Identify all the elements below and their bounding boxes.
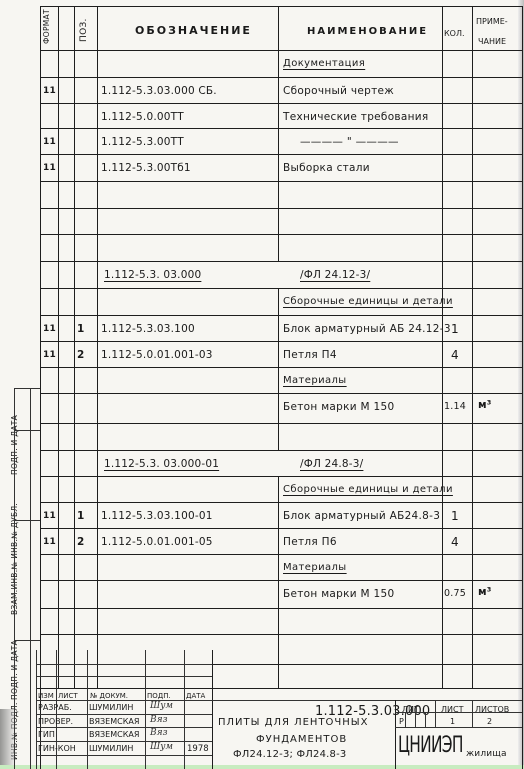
grid-line bbox=[472, 103, 473, 128]
grid-line bbox=[278, 634, 279, 664]
grid-line bbox=[97, 554, 98, 580]
grid-line bbox=[74, 634, 75, 664]
grid-line bbox=[278, 580, 279, 608]
cell-designation: 1.112-5.0.00ТТ bbox=[101, 111, 184, 123]
grid-line bbox=[472, 502, 473, 528]
grid-line bbox=[36, 714, 212, 715]
cell-format: 11 bbox=[43, 323, 56, 335]
grid-line bbox=[74, 50, 75, 77]
grid-line bbox=[442, 288, 443, 315]
grid-line bbox=[442, 502, 443, 528]
grid-line bbox=[40, 6, 41, 769]
section-title: Сборочные единицы и детали bbox=[283, 296, 453, 308]
grid-line bbox=[97, 6, 98, 50]
grid-line bbox=[442, 208, 443, 234]
grid-line bbox=[58, 6, 59, 50]
cell-format: 11 bbox=[43, 536, 56, 548]
signature-mark: Вяз bbox=[150, 715, 167, 725]
grid-line bbox=[58, 50, 59, 77]
signature-date: 1978 bbox=[187, 743, 209, 755]
grid-line bbox=[442, 181, 443, 208]
grid-line bbox=[40, 77, 522, 78]
cell-name: Сборочный чертеж bbox=[283, 85, 394, 97]
grid-line bbox=[97, 423, 98, 450]
grid-line bbox=[442, 423, 443, 450]
grid-line bbox=[97, 634, 98, 664]
cell-qty: 4 bbox=[451, 349, 459, 361]
grid-line bbox=[278, 502, 279, 528]
cell-name: ———— " ———— bbox=[300, 136, 399, 148]
signature-name: ШУМИЛИН bbox=[89, 702, 133, 714]
grid-line bbox=[58, 128, 59, 154]
grid-line bbox=[278, 315, 279, 341]
grid-line bbox=[58, 502, 59, 528]
cell-designation: 1.112-5.3.00ТТ bbox=[101, 136, 184, 148]
grid-line bbox=[58, 208, 59, 234]
cell-format: 11 bbox=[43, 85, 56, 97]
grid-line bbox=[74, 423, 75, 450]
cell-name: Петля П4 bbox=[283, 349, 337, 361]
grid-line bbox=[278, 608, 279, 634]
grid-line bbox=[40, 181, 522, 182]
grid-line bbox=[40, 502, 522, 503]
grid-line bbox=[58, 476, 59, 502]
grid-line bbox=[472, 700, 473, 727]
grid-line bbox=[472, 476, 473, 502]
title-line-3: ФЛ24.12-3; ФЛ24.8-3 bbox=[233, 749, 346, 761]
grid-line bbox=[97, 450, 98, 476]
grid-line bbox=[472, 608, 473, 634]
grid-line bbox=[472, 367, 473, 393]
grid-line bbox=[278, 154, 279, 181]
grid-line bbox=[58, 580, 59, 608]
sheets-label: ЛИСТОВ bbox=[475, 704, 509, 716]
cell-qty: 1 bbox=[451, 323, 459, 335]
grid-line bbox=[97, 580, 98, 608]
grid-line bbox=[58, 234, 59, 261]
grid-line bbox=[278, 664, 279, 688]
grid-line bbox=[58, 181, 59, 208]
section-title: Документация bbox=[283, 58, 365, 70]
grid-line bbox=[278, 476, 279, 502]
grid-line bbox=[58, 367, 59, 393]
grid-line bbox=[58, 528, 59, 554]
cell-pos: 1 bbox=[77, 510, 85, 522]
grid-line bbox=[278, 6, 279, 50]
grid-line bbox=[278, 423, 279, 450]
scan-edge bbox=[518, 0, 524, 769]
grid-line bbox=[97, 154, 98, 181]
cell-pos: 2 bbox=[77, 349, 85, 361]
grid-line bbox=[212, 650, 213, 769]
grid-line bbox=[58, 423, 59, 450]
grid-line bbox=[472, 341, 473, 367]
cell-name: Бетон марки М 150 bbox=[283, 588, 394, 600]
title-line-1: ПЛИТЫ ДЛЯ ЛЕНТОЧНЫХ bbox=[218, 717, 368, 729]
grid-line bbox=[442, 234, 443, 261]
grid-line bbox=[97, 50, 98, 77]
signature-mark: Вяз bbox=[150, 728, 167, 738]
signature-role: РАЗРАБ. bbox=[38, 702, 72, 714]
grid-line bbox=[58, 450, 59, 476]
grid-line bbox=[442, 580, 443, 608]
grid-line bbox=[278, 288, 279, 315]
grid-line bbox=[472, 234, 473, 261]
grid-line bbox=[415, 712, 416, 727]
grid-line bbox=[278, 181, 279, 208]
group-name: /ФЛ 24.8-3/ bbox=[300, 458, 363, 470]
grid-line bbox=[58, 393, 59, 423]
cell-designation: 1.112-5.3.03.100 bbox=[101, 323, 195, 335]
grid-line bbox=[442, 128, 443, 154]
grid-line bbox=[395, 727, 522, 728]
grid-line bbox=[97, 181, 98, 208]
cell-designation: 1.112-5.3.03.000 СБ. bbox=[101, 85, 217, 97]
cell-qty: 0.75 bbox=[444, 588, 466, 600]
grid-line bbox=[442, 476, 443, 502]
grid-line bbox=[14, 430, 40, 431]
grid-line bbox=[472, 288, 473, 315]
grid-line bbox=[278, 554, 279, 580]
grid-line bbox=[74, 128, 75, 154]
header-note-2: ЧАНИЕ bbox=[478, 36, 506, 48]
grid-line bbox=[14, 640, 40, 641]
cell-designation: 1.112-5.0.01.001-05 bbox=[101, 536, 213, 548]
cell-pos: 1 bbox=[77, 323, 85, 335]
grid-line bbox=[472, 423, 473, 450]
grid-line bbox=[395, 712, 522, 713]
grid-line bbox=[40, 234, 522, 235]
signature-name: ВЯЗЕМСКАЯ bbox=[89, 729, 139, 741]
grid-line bbox=[435, 700, 436, 727]
grid-line bbox=[36, 676, 212, 677]
grid-line bbox=[58, 341, 59, 367]
cell-name: Бетон марки М 150 bbox=[283, 401, 394, 413]
grid-line bbox=[74, 502, 75, 528]
title-line-2: ФУНДАМЕНТОВ bbox=[256, 734, 347, 746]
grid-line bbox=[40, 580, 522, 581]
grid-line bbox=[74, 103, 75, 128]
scan-shadow bbox=[0, 709, 14, 769]
grid-line bbox=[278, 77, 279, 103]
grid-line bbox=[472, 128, 473, 154]
grid-line bbox=[425, 712, 426, 727]
grid-line bbox=[522, 6, 523, 769]
grid-line bbox=[97, 502, 98, 528]
cell-format: 11 bbox=[43, 162, 56, 174]
grid-line bbox=[97, 608, 98, 634]
grid-line bbox=[184, 650, 185, 769]
grid-line bbox=[278, 341, 279, 367]
grid-line bbox=[58, 288, 59, 315]
grid-line bbox=[40, 634, 522, 635]
grid-line bbox=[472, 261, 473, 288]
section-title: Материалы bbox=[283, 375, 347, 387]
cell-name: Петля П6 bbox=[283, 536, 337, 548]
grid-line bbox=[212, 700, 522, 701]
grid-line bbox=[97, 528, 98, 554]
grid-line bbox=[97, 103, 98, 128]
grid-line bbox=[442, 341, 443, 367]
grid-line bbox=[58, 103, 59, 128]
grid-line bbox=[58, 634, 59, 664]
grid-line bbox=[40, 128, 522, 129]
grid-line bbox=[472, 554, 473, 580]
header-designation: ОБОЗНАЧЕНИЕ bbox=[135, 25, 252, 37]
grid-line bbox=[87, 650, 88, 769]
grid-line bbox=[145, 650, 146, 769]
header-note-1: ПРИМЕ- bbox=[476, 16, 508, 28]
grid-line bbox=[36, 688, 522, 689]
grid-line bbox=[40, 608, 522, 609]
grid-line bbox=[442, 315, 443, 341]
grid-line bbox=[36, 755, 212, 756]
grid-line bbox=[14, 388, 15, 769]
grid-line bbox=[74, 181, 75, 208]
section-title: Материалы bbox=[283, 562, 347, 574]
grid-line bbox=[442, 6, 443, 50]
cell-name: Выборка стали bbox=[283, 162, 370, 174]
grid-line bbox=[74, 341, 75, 367]
grid-line bbox=[40, 6, 522, 7]
grid-line bbox=[14, 520, 40, 521]
grid-line bbox=[97, 341, 98, 367]
header-qty: КОЛ. bbox=[444, 28, 465, 40]
cell-designation: 1.112-5.3.03.100-01 bbox=[101, 510, 213, 522]
cell-format: 11 bbox=[43, 136, 56, 148]
grid-line bbox=[278, 367, 279, 393]
signature-mark: Шум bbox=[150, 701, 173, 711]
grid-line bbox=[442, 528, 443, 554]
org-name: ЦНИИЭП bbox=[398, 733, 463, 759]
header-format: ФОРМАТ bbox=[42, 9, 51, 44]
header-pos: ПОЗ. bbox=[79, 18, 89, 42]
grid-line bbox=[74, 608, 75, 634]
grid-line bbox=[40, 450, 522, 451]
grid-line bbox=[472, 393, 473, 423]
grid-line bbox=[74, 367, 75, 393]
grid-line bbox=[74, 6, 75, 50]
grid-line bbox=[40, 554, 522, 555]
grid-line bbox=[278, 393, 279, 423]
grid-line bbox=[472, 580, 473, 608]
signature-role: ГИП bbox=[38, 729, 55, 741]
grid-line bbox=[97, 128, 98, 154]
grid-line bbox=[74, 315, 75, 341]
grid-line bbox=[40, 261, 522, 262]
grid-line bbox=[442, 50, 443, 77]
grid-line bbox=[74, 554, 75, 580]
signature-name: ВЯЗЕМСКАЯ bbox=[89, 716, 139, 728]
grid-line bbox=[36, 700, 212, 701]
grid-line bbox=[472, 77, 473, 103]
grid-line bbox=[472, 208, 473, 234]
grid-line bbox=[442, 634, 443, 664]
cell-name: Технические требования bbox=[283, 111, 429, 123]
cell-name: Блок арматурный АБ24.8-3 bbox=[283, 510, 440, 522]
grid-line bbox=[97, 367, 98, 393]
grid-line bbox=[58, 554, 59, 580]
grid-line bbox=[442, 608, 443, 634]
grid-line bbox=[278, 234, 279, 261]
grid-line bbox=[40, 288, 522, 289]
grid-line bbox=[74, 476, 75, 502]
grid-line bbox=[442, 367, 443, 393]
group-name: /ФЛ 24.12-3/ bbox=[300, 269, 370, 281]
grid-line bbox=[442, 103, 443, 128]
grid-line bbox=[97, 476, 98, 502]
grid-line bbox=[97, 288, 98, 315]
section-title: Сборочные единицы и детали bbox=[283, 484, 453, 496]
grid-line bbox=[472, 450, 473, 476]
grid-line bbox=[442, 154, 443, 181]
grid-line bbox=[442, 393, 443, 423]
grid-line bbox=[472, 50, 473, 77]
grid-line bbox=[74, 234, 75, 261]
grid-line bbox=[405, 712, 406, 727]
cell-name: Блок арматурный АБ 24.12-3 bbox=[283, 323, 451, 335]
grid-line bbox=[472, 181, 473, 208]
grid-line bbox=[74, 77, 75, 103]
grid-line bbox=[40, 476, 522, 477]
grid-line bbox=[278, 103, 279, 128]
signature-name: ШУМИЛИН bbox=[89, 743, 133, 755]
cell-pos: 2 bbox=[77, 536, 85, 548]
grid-line bbox=[472, 154, 473, 181]
grid-line bbox=[74, 450, 75, 476]
grid-line bbox=[74, 528, 75, 554]
grid-line bbox=[40, 423, 522, 424]
grid-line bbox=[442, 554, 443, 580]
grid-line bbox=[40, 50, 522, 51]
grid-line bbox=[442, 664, 443, 688]
grid-line bbox=[36, 741, 212, 742]
grid-line bbox=[14, 388, 40, 389]
grid-line bbox=[58, 315, 59, 341]
grid-line bbox=[74, 288, 75, 315]
grid-line bbox=[40, 341, 522, 342]
grid-line bbox=[40, 393, 522, 394]
grid-line bbox=[40, 528, 522, 529]
cell-qty: 4 bbox=[451, 536, 459, 548]
grid-line bbox=[97, 234, 98, 261]
grid-line bbox=[472, 6, 473, 50]
cell-format: 11 bbox=[43, 349, 56, 361]
group-designation: 1.112-5.3. 03.000 bbox=[104, 269, 201, 281]
grid-line bbox=[472, 528, 473, 554]
header-name: НАИМЕНОВАНИЕ bbox=[307, 26, 428, 38]
sheet-label: ЛИСТ bbox=[441, 704, 463, 716]
grid-line bbox=[278, 128, 279, 154]
cell-format: 11 bbox=[43, 510, 56, 522]
grid-line bbox=[40, 367, 522, 368]
grid-line bbox=[442, 77, 443, 103]
grid-line bbox=[97, 393, 98, 423]
grid-line bbox=[97, 77, 98, 103]
grid-line bbox=[30, 388, 31, 769]
grid-line bbox=[74, 154, 75, 181]
grid-line bbox=[58, 77, 59, 103]
grid-line bbox=[40, 315, 522, 316]
scan-bottom-bar bbox=[0, 765, 524, 769]
grid-line bbox=[58, 608, 59, 634]
cell-designation: 1.112-5.0.01.001-03 bbox=[101, 349, 213, 361]
cell-designation: 1.112-5.3.00Тб1 bbox=[101, 162, 191, 174]
signature-mark: Шум bbox=[150, 742, 173, 752]
cell-qty: 1 bbox=[451, 510, 459, 522]
grid-line bbox=[442, 450, 443, 476]
grid-line bbox=[278, 528, 279, 554]
org-suffix: жилища bbox=[466, 748, 507, 760]
group-designation: 1.112-5.3. 03.000-01 bbox=[104, 458, 219, 470]
signature-role: ПРОВЕР. bbox=[38, 716, 73, 728]
cell-note: м³ bbox=[478, 586, 492, 598]
grid-line bbox=[278, 50, 279, 77]
grid-line bbox=[36, 664, 212, 665]
grid-line bbox=[74, 208, 75, 234]
cell-qty: 1.14 bbox=[444, 401, 466, 413]
grid-line bbox=[442, 261, 443, 288]
grid-line bbox=[97, 315, 98, 341]
cell-note: м³ bbox=[478, 399, 492, 411]
grid-line bbox=[74, 393, 75, 423]
grid-line bbox=[472, 664, 473, 688]
grid-line bbox=[395, 700, 396, 769]
grid-line bbox=[74, 261, 75, 288]
grid-line bbox=[97, 208, 98, 234]
grid-line bbox=[40, 103, 522, 104]
grid-line bbox=[40, 154, 522, 155]
grid-line bbox=[36, 650, 37, 769]
grid-line bbox=[40, 208, 522, 209]
signature-role: ГИН-КОН bbox=[38, 743, 76, 755]
grid-line bbox=[74, 580, 75, 608]
grid-line bbox=[97, 261, 98, 288]
grid-line bbox=[58, 154, 59, 181]
grid-line bbox=[472, 634, 473, 664]
grid-line bbox=[472, 315, 473, 341]
grid-line bbox=[278, 208, 279, 234]
grid-line bbox=[58, 261, 59, 288]
